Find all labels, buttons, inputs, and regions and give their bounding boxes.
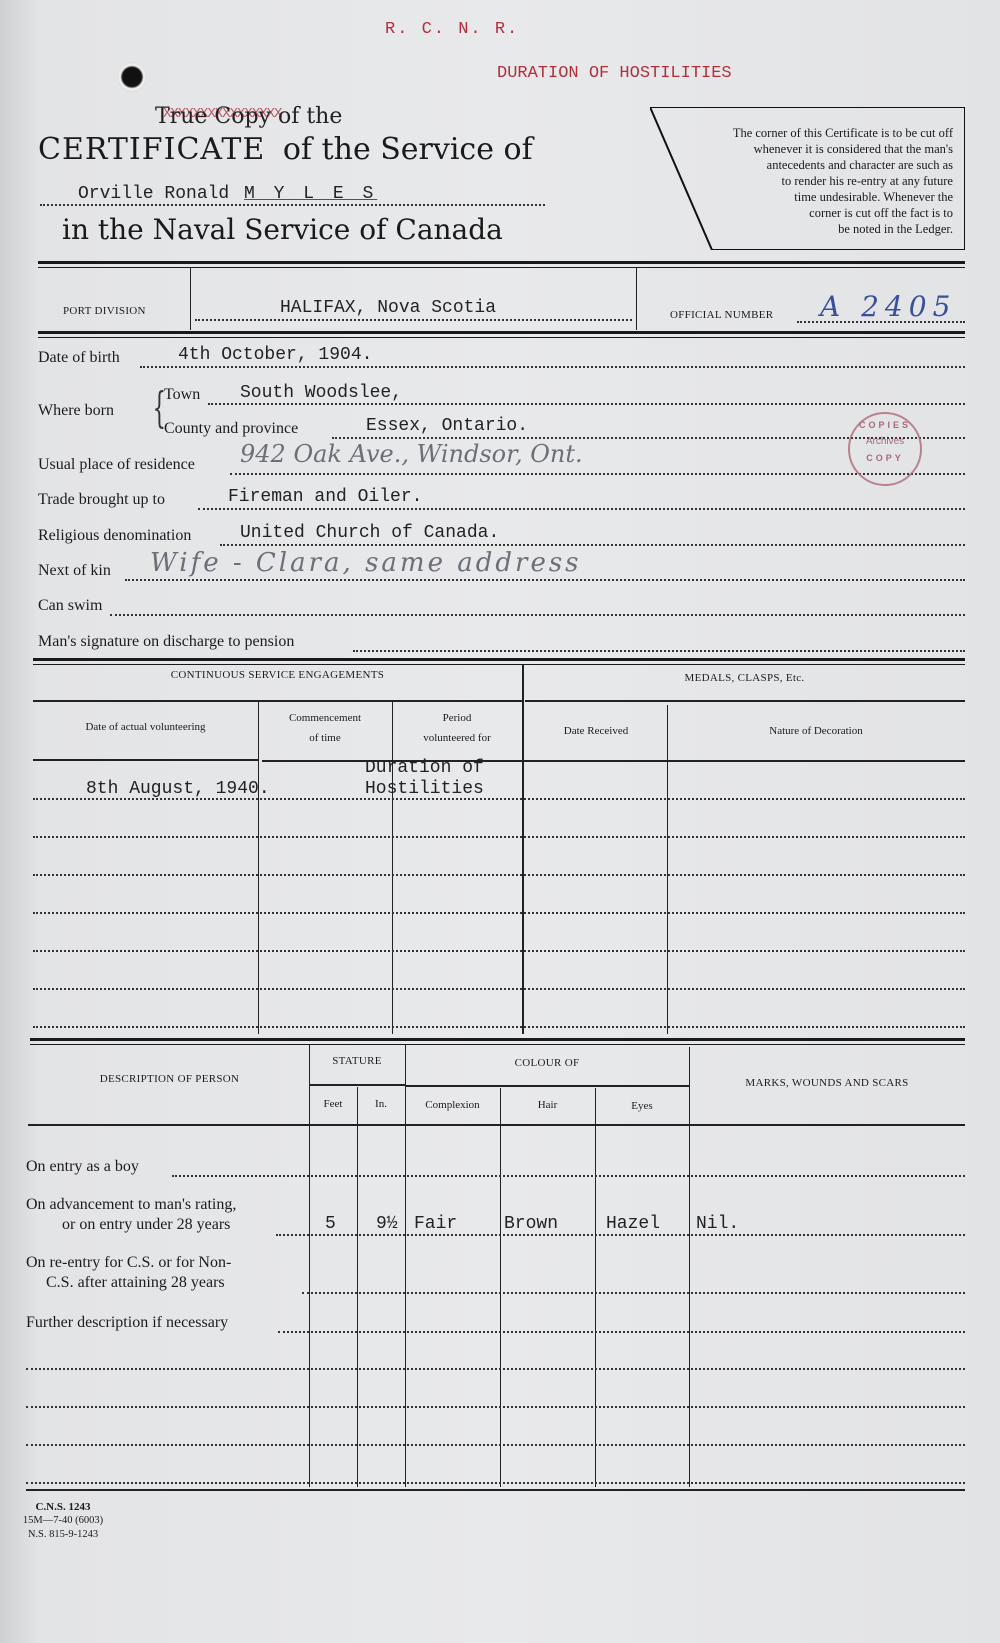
description-title: DESCRIPTION OF PERSON (30, 1073, 309, 1085)
official-number-label: OFFICIAL NUMBER (670, 309, 773, 321)
divider (258, 702, 259, 1034)
signature-line (353, 650, 965, 652)
double-rule (30, 1038, 965, 1045)
residence-value: 942 Oak Ave., Windsor, Ont. (240, 440, 583, 468)
eyes-value: Hazel (606, 1214, 660, 1234)
row-line (278, 1331, 965, 1333)
rule (33, 700, 522, 702)
divider (500, 1088, 501, 1487)
next-of-kin-value: Wife - Clara, same address (150, 548, 582, 578)
official-number-value: A 2405 (820, 290, 956, 323)
row-line (276, 1234, 965, 1236)
name-line (40, 204, 545, 206)
rcnr-stamp: R. C. N. R. (385, 20, 519, 39)
can-swim-line (110, 614, 965, 616)
town-label: Town (164, 386, 200, 404)
feet-header: Feet (309, 1098, 357, 1110)
col-nature-decoration: Nature of Decoration (667, 725, 965, 737)
double-rule (38, 261, 965, 268)
residence-line (230, 473, 965, 475)
trade-value: Fireman and Oiler. (228, 487, 422, 507)
row-line (302, 1292, 965, 1294)
divider (667, 705, 668, 1034)
county-value: Essex, Ontario. (366, 416, 528, 436)
engagements-title: CONTINUOUS SERVICE ENGAGEMENTS (33, 669, 522, 681)
hair-value: Brown (504, 1214, 558, 1234)
complexion-value: Fair (414, 1214, 457, 1234)
engagement-date-value: 8th August, 1940. (86, 779, 270, 799)
medals-title: MEDALS, CLASPS, Etc. (524, 672, 965, 684)
hair-header: Hair (500, 1099, 595, 1111)
row-advancement-label-1: On advancement to man's rating, (26, 1196, 236, 1214)
divider (190, 268, 191, 330)
double-rule (33, 658, 965, 665)
duration-stamp: DURATION OF HOSTILITIES (497, 64, 732, 83)
row-further-label: Further description if necessary (26, 1314, 228, 1332)
divider (522, 664, 524, 1034)
next-of-kin-label: Next of kin (38, 562, 111, 580)
rule (525, 700, 965, 702)
col-date-volunteering: Date of actual volunteering (33, 721, 258, 733)
residence-label: Usual place of residence (38, 456, 195, 474)
col-period: Period volunteered for (392, 712, 522, 744)
inches-header: In. (357, 1098, 405, 1110)
row-reentry-label-2: C.S. after attaining 28 years (46, 1274, 225, 1292)
can-swim-label: Can swim (38, 597, 102, 615)
rule (28, 1124, 965, 1126)
county-label: County and province (164, 420, 298, 438)
town-value: South Woodslee, (240, 383, 402, 403)
subtitle: in the Naval Service of Canada (62, 213, 503, 246)
religion-label: Religious denomination (38, 527, 191, 545)
divider (636, 268, 637, 330)
signature-label: Man's signature on discharge to pension (38, 633, 294, 651)
row-entry-boy-label: On entry as a boy (26, 1158, 139, 1176)
row-line (172, 1175, 965, 1177)
religion-line (220, 544, 965, 546)
archives-stamp: COPIES Archives COPY (848, 412, 922, 486)
port-division-line (195, 319, 632, 321)
trade-label: Trade brought up to (38, 491, 165, 509)
next-of-kin-line (125, 579, 965, 581)
dob-value: 4th October, 1904. (178, 345, 372, 365)
engagement-period-value: Duration of Hostilities (365, 758, 484, 800)
port-division-value: HALIFAX, Nova Scotia (280, 298, 496, 318)
service-member-name: Orville Ronald M Y L E S (78, 184, 377, 204)
rule (406, 1085, 689, 1087)
double-rule (38, 331, 965, 338)
divider (689, 1047, 690, 1487)
form-footer: C.N.S. 1243 15M—7-40 (6003) N.S. 815-9-1… (18, 1500, 108, 1542)
feet-value: 5 (325, 1214, 336, 1234)
dob-line (140, 366, 965, 368)
true-copy-label: XXXXXXXXXXXXXXXX True Copy of the (155, 104, 342, 129)
dob-label: Date of birth (38, 349, 120, 367)
row-reentry-label-1: On re-entry for C.S. or for Non- (26, 1254, 231, 1272)
col-date-received: Date Received (525, 725, 667, 737)
inches-value: 9½ (376, 1214, 398, 1234)
cut-corner-notice: The corner of this Certificate is to be … (650, 107, 965, 250)
row-advancement-label-2: or on entry under 28 years (62, 1216, 230, 1234)
stature-header: STATURE (309, 1055, 405, 1067)
punch-hole (117, 62, 147, 92)
divider (309, 1044, 310, 1487)
certificate-title: CERTIFICATE of the Service of (38, 132, 533, 167)
port-division-label: PORT DIVISION (63, 305, 146, 317)
eyes-header: Eyes (595, 1100, 689, 1112)
col-commencement: Commencement of time (258, 712, 392, 744)
rule (26, 1489, 965, 1491)
town-line (208, 403, 965, 405)
where-born-label: Where born (38, 402, 114, 420)
marks-value: Nil. (696, 1214, 739, 1234)
colour-of-header: COLOUR OF (405, 1057, 689, 1069)
trade-line (198, 508, 965, 510)
marks-header: MARKS, WOUNDS AND SCARS (689, 1077, 965, 1089)
rule (33, 759, 258, 761)
divider (595, 1088, 596, 1487)
divider (357, 1087, 358, 1487)
complexion-header: Complexion (405, 1099, 500, 1111)
divider (392, 702, 393, 1034)
religion-value: United Church of Canada. (240, 523, 499, 543)
rule (309, 1084, 405, 1086)
